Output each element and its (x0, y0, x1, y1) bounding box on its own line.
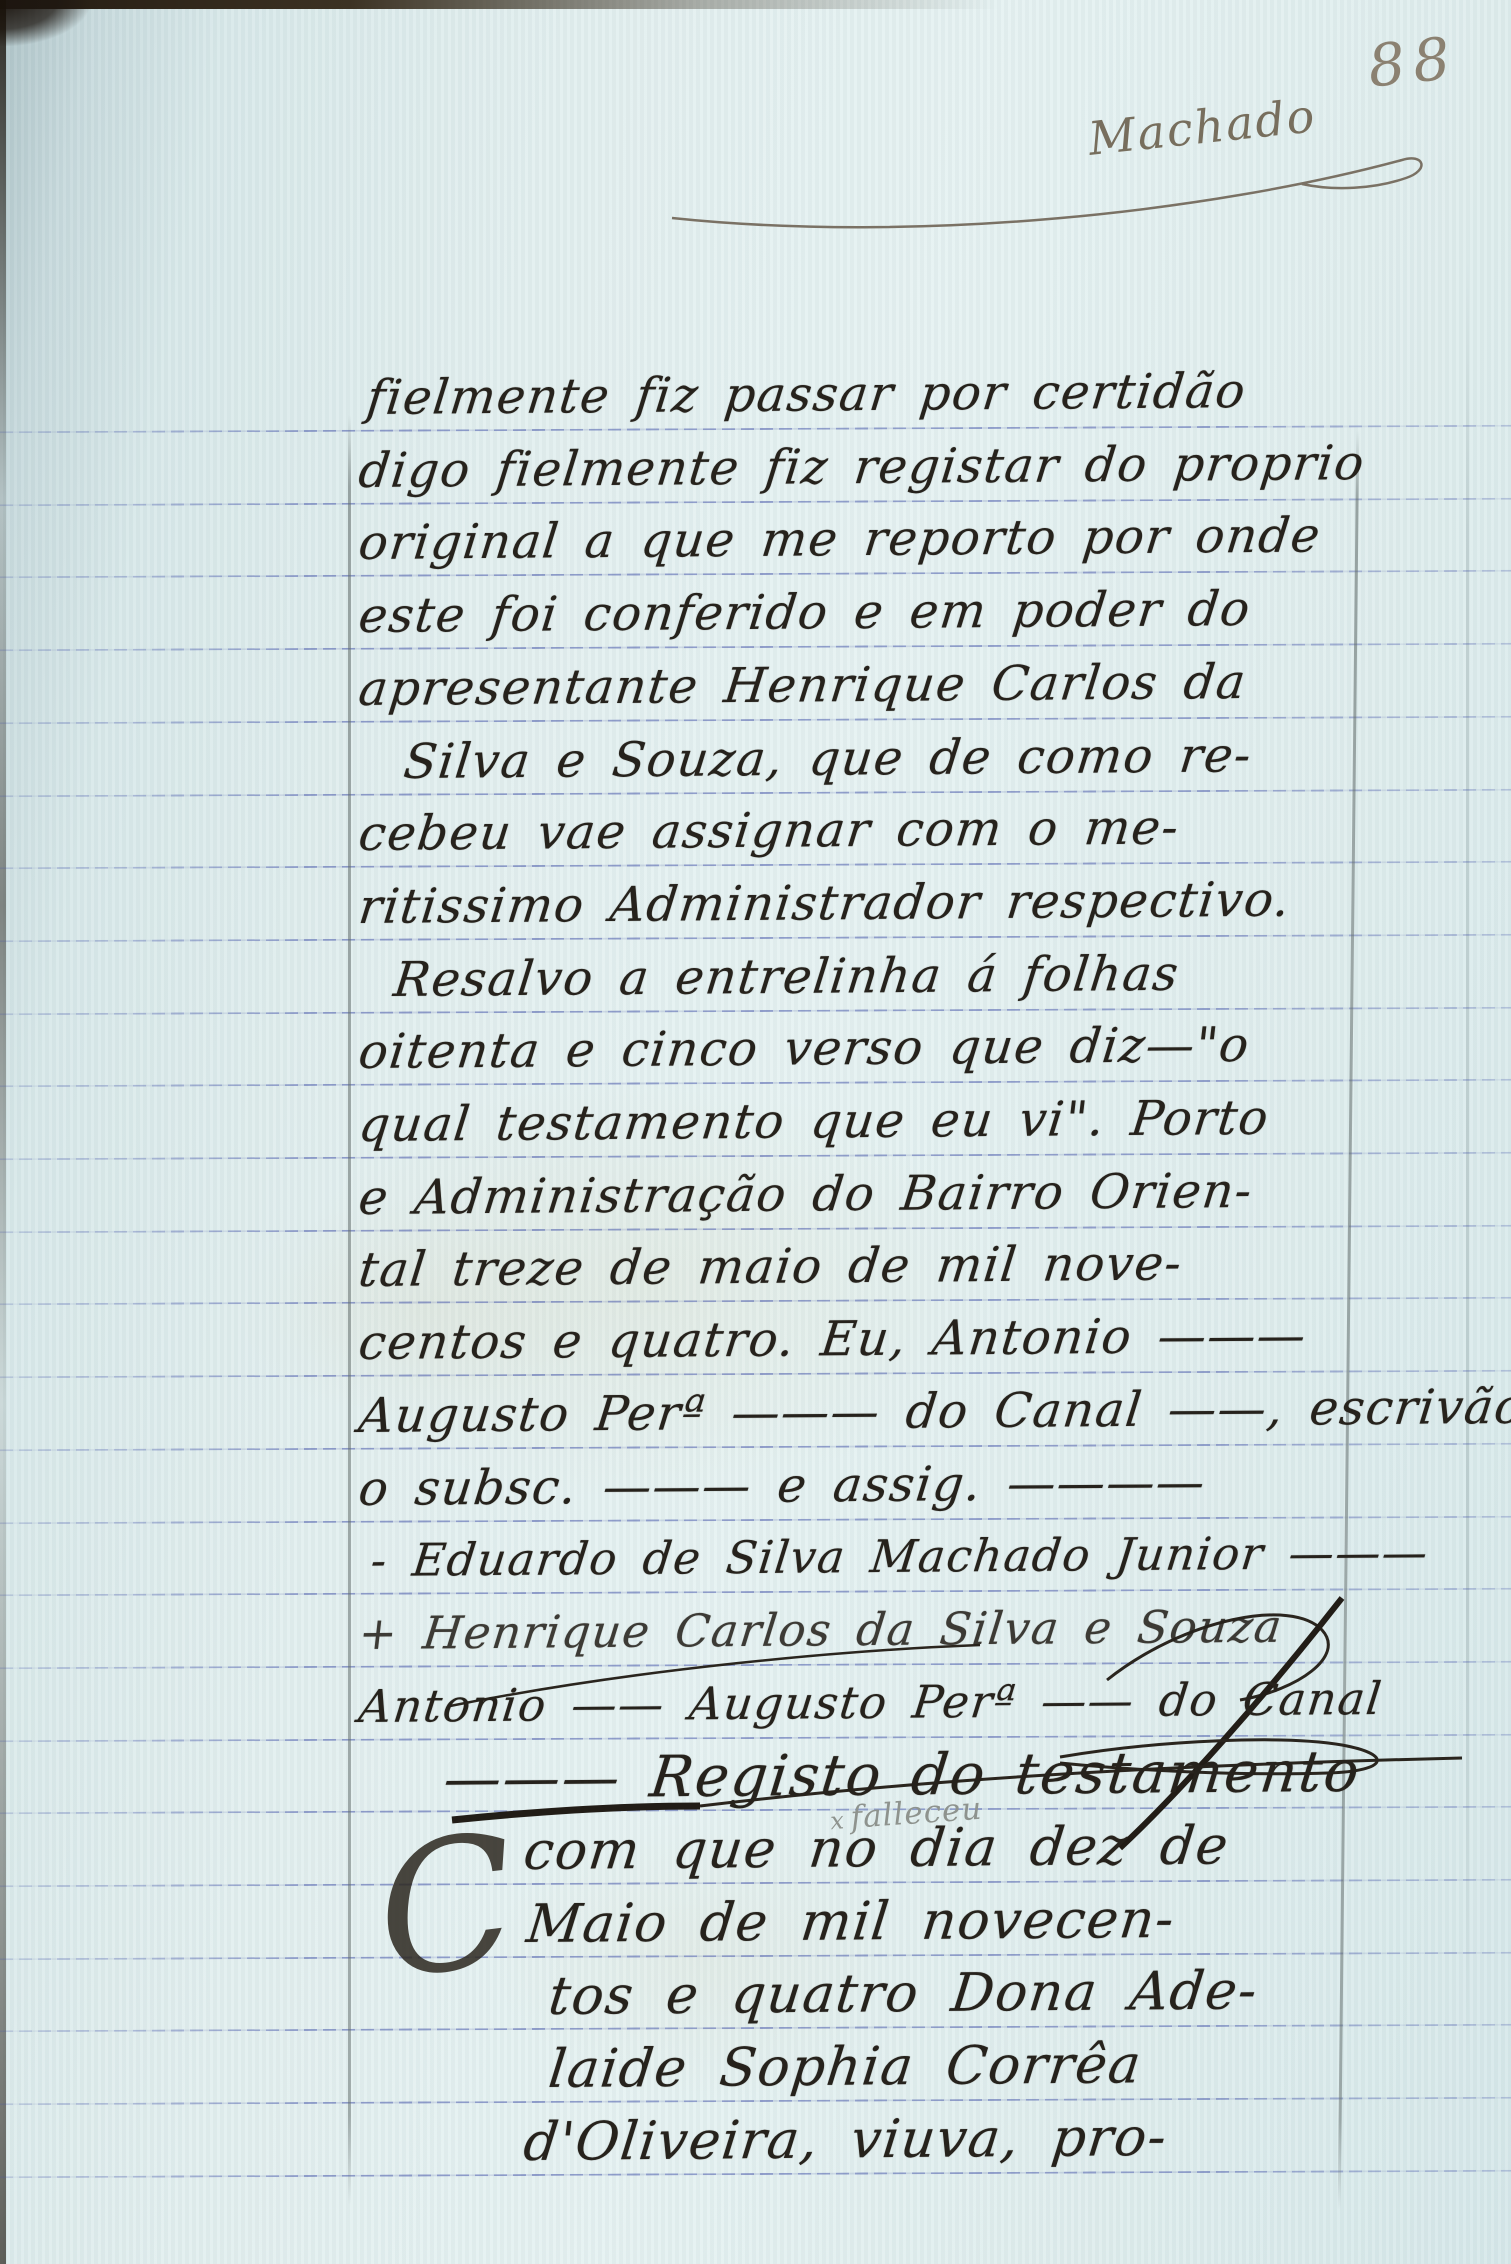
page-number: 88 (1365, 23, 1461, 100)
manuscript-line: e Administração do Bairro Orien- (355, 1155, 1257, 1234)
manuscript-line: laide Sophia Corrêa (545, 2029, 1146, 2106)
manuscript-line: digo fielmente fiz registar do proprio (355, 427, 1369, 507)
manuscript-line: d'Oliveira, viuva, pro- (520, 2102, 1171, 2179)
top-rubric-text: Machado (1086, 88, 1319, 166)
manuscript-line: Resalvo a entrelinha á folhas (390, 937, 1183, 1015)
binding-edge-corner (0, 0, 90, 46)
binding-edge-left (0, 0, 6, 2264)
manuscript-line: fielmente fiz passar por certidão (363, 355, 1250, 434)
right-margin-rule (1338, 430, 1360, 2210)
manuscript-line: cebeu vae assignar com o me- (355, 792, 1184, 870)
manuscript-line: tos e quatro Dona Ade- (545, 1956, 1262, 2034)
manuscript-line: tal treze de maio de mil nove- (355, 1228, 1187, 1306)
binding-edge-top (0, 0, 1000, 9)
manuscript-line: este foi conferido e em poder do (355, 573, 1255, 652)
manuscript-line: apresentante Henrique Carlos da (355, 646, 1251, 725)
manuscript-line: original a que me reporto por onde (355, 500, 1325, 580)
manuscript-line: centos e quatro. Eu, Antonio ——— (355, 1300, 1311, 1379)
manuscript-line: Maio de mil novecen- (523, 1884, 1179, 1961)
paper-crease (1466, 260, 1469, 2060)
manuscript-line: Augusto Perª ——— do Canal ——, escrivão, (355, 1371, 1511, 1452)
manuscript-line: Silva e Souza, que de como re- (400, 719, 1256, 798)
manuscript-page: 88 Machado fielmente fiz passar por cert… (0, 0, 1511, 2264)
manuscript-line: ritissimo Administrador respectivo. (355, 864, 1295, 943)
manuscript-line: o subsc. ——— e assig. ———— (355, 1446, 1210, 1525)
manuscript-line: - Eduardo de Silva Machado Junior ——— (367, 1517, 1433, 1597)
manuscript-line: + Henrique Carlos da Silva e Souza (355, 1591, 1287, 1670)
insertion-caret: x (829, 1806, 845, 1835)
top-rubric-signature: Machado (1086, 88, 1319, 166)
manuscript-line: Antonio —— Augusto Perª —— do Canal (355, 1663, 1386, 1743)
manuscript-line: oitenta e cinco verso que diz—"o (355, 1009, 1254, 1088)
left-margin-rule (348, 415, 351, 2205)
manuscript-line: qual testamento que eu vi". Porto (355, 1082, 1273, 1161)
calligraphic-flourish-c: C (369, 1820, 525, 1996)
